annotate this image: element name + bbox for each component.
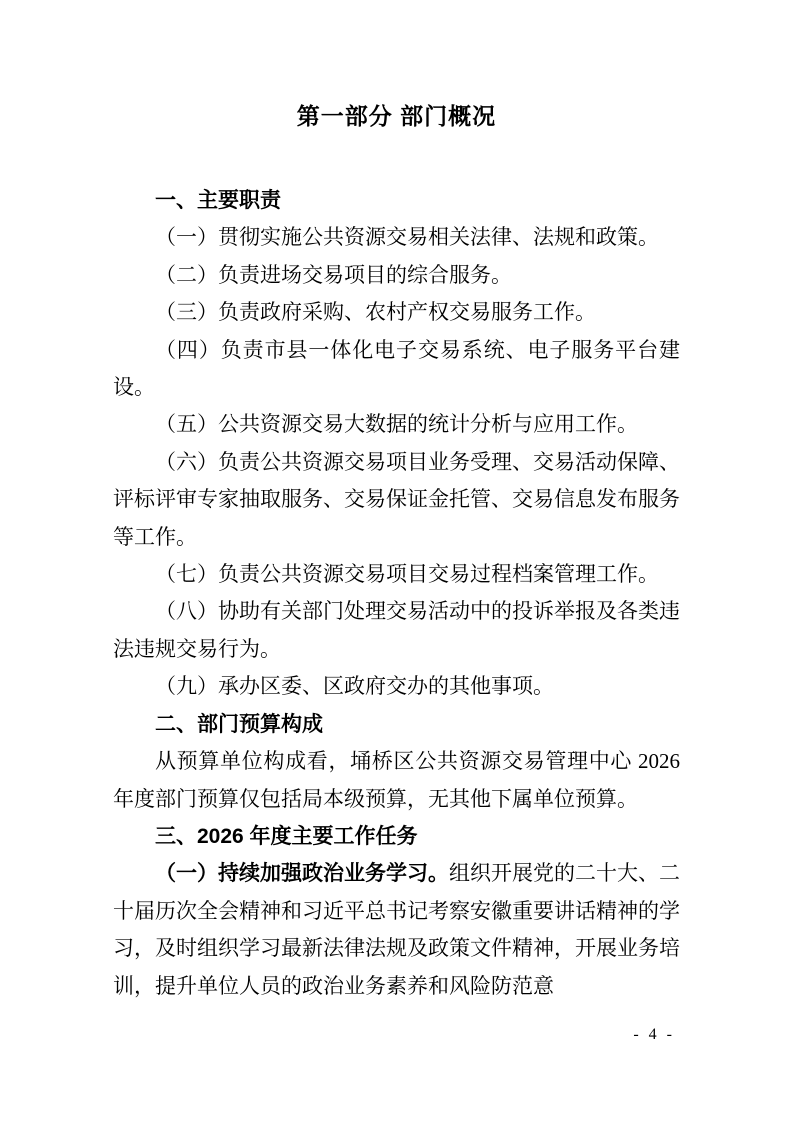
- page-number: - 4 -: [633, 1026, 675, 1044]
- section-heading-2026-tasks: 三、2026 年度主要工作任务: [113, 818, 680, 855]
- paragraph-duty-5: （五）公共资源交易大数据的统计分析与应用工作。: [113, 406, 680, 443]
- section-heading-main-duties: 一、主要职责: [113, 182, 680, 219]
- document-page: 第一部分 部门概况 一、主要职责 （一）贯彻实施公共资源交易相关法律、法规和政策…: [0, 0, 793, 1122]
- section-heading-budget-composition: 二、部门预算构成: [113, 706, 680, 743]
- paragraph-task-1: （一）持续加强政治业务学习。组织开展党的二十大、二十届历次全会精神和习近平总书记…: [113, 855, 680, 1005]
- paragraph-duty-1: （一）贯彻实施公共资源交易相关法律、法规和政策。: [113, 219, 680, 256]
- paragraph-duty-4: （四）负责市县一体化电子交易系统、电子服务平台建设。: [113, 332, 680, 407]
- paragraph-budget-composition: 从预算单位构成看，埇桥区公共资源交易管理中心 2026 年度部门预算仅包括局本级…: [113, 743, 680, 818]
- document-content: 第一部分 部门概况 一、主要职责 （一）贯彻实施公共资源交易相关法律、法规和政策…: [113, 96, 680, 1005]
- paragraph-duty-6: （六）负责公共资源交易项目业务受理、交易活动保障、评标评审专家抽取服务、交易保证…: [113, 444, 680, 556]
- paragraph-duty-9: （九）承办区委、区政府交办的其他事项。: [113, 668, 680, 705]
- paragraph-duty-8: （八）协助有关部门处理交易活动中的投诉举报及各类违法违规交易行为。: [113, 593, 680, 668]
- paragraph-duty-3: （三）负责政府采购、农村产权交易服务工作。: [113, 294, 680, 331]
- paragraph-duty-7: （七）负责公共资源交易项目交易过程档案管理工作。: [113, 556, 680, 593]
- paragraph-duty-2: （二）负责进场交易项目的综合服务。: [113, 257, 680, 294]
- paragraph-task-1-lead: （一）持续加强政治业务学习。: [155, 862, 449, 885]
- page-title: 第一部分 部门概况: [113, 96, 680, 136]
